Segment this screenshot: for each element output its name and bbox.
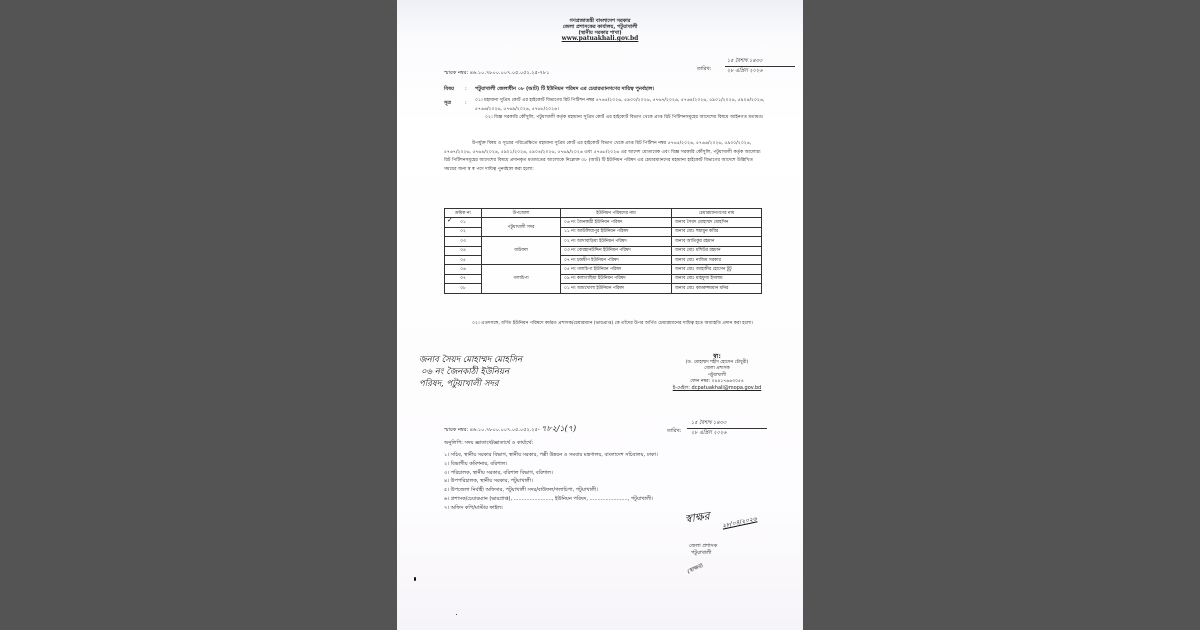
body-paragraph: উপর্যুক্ত বিষয় ও সূত্রের পরিপ্রেক্ষিতে … xyxy=(444,140,764,174)
copy-memo-ref: স্মারক নম্বর: ৪৬.১০.৭৮০০.০০৭.০৫.০৫২.২৫- … xyxy=(444,426,576,433)
handwritten-addressee-line2: ০৬ নং জৈনকাঠী ইউনিয়ন xyxy=(421,366,509,378)
distribution-item: ৪। উপপরিচালক, স্থানীয় সরকার, পটুয়াখালী… xyxy=(444,478,533,484)
scan-speck xyxy=(456,614,457,615)
copy-date: ১৫ বৈশাখ ১৪৩৩ ২৮ এপ্রিল ২০২৬ xyxy=(687,420,767,440)
union-name-cell: ০২ নং আদাবাড়িয়া ইউনিয়ন পরিষদ xyxy=(561,237,672,246)
serial-number: ০৮ xyxy=(460,286,466,291)
copy-date-label: তারিখ: xyxy=(667,428,681,434)
serial-cell: ০৩ xyxy=(445,237,482,246)
copy-date-bangla: ১৫ বৈশাখ ১৪৩৩ xyxy=(691,420,726,426)
distribution-item: ৩। পরিচালক, স্থানীয় সরকার, বরিশাল বিভাগ… xyxy=(444,470,553,476)
memo-ref-label: স্মারক নম্বর: xyxy=(444,70,468,76)
union-name-cell: ১১ নং আউলিয়াপুর ইউনিয়ন পরিষদ xyxy=(561,227,672,236)
union-name-cell: ০৬ নং জৈনকাঠী ইউনিয়ন পরিষদ xyxy=(561,218,672,227)
scanned-document-page: গণপ্রজাতন্ত্রী বাংলাদেশ সরকার জেলা প্রশা… xyxy=(397,0,803,630)
chairman-name-cell: জনাব আতিকুর রহমান xyxy=(672,237,762,246)
subject-label: বিষয় xyxy=(444,86,454,92)
chairman-name-cell: জনাব মোঃ জাহাঙ্গীর হোসেন টুটু xyxy=(672,265,762,274)
upazila-cell: বাউফল xyxy=(482,237,561,265)
table-row: ০৬গলাচিপা০৫ নং গলাচিপা ইউনিয়ন পরিষদজনাব… xyxy=(445,265,762,274)
union-name-cell: ০৫ নং গলাচিপা ইউনিয়ন পরিষদ xyxy=(561,265,672,274)
chairman-name-cell: জনাব মোঃ নাজিম সরকার xyxy=(672,255,762,264)
final-signature-scribble: স্বাক্ষর xyxy=(685,513,710,522)
union-name-cell: ০১ নং আমখোলা ইউনিয়ন পরিষদ xyxy=(561,284,672,293)
chairman-name-cell: জনাব সৈয়দ মোহাম্মদ মোহসিন xyxy=(672,218,762,227)
distribution-item: ১। সচিব, স্থানীয় সরকার বিভাগ, স্থানীয় … xyxy=(444,452,658,458)
letterhead-website: www.patuakhali.gov.bd xyxy=(397,36,803,42)
scan-speck xyxy=(414,577,416,581)
table-row: ০৩বাউফল০২ নং আদাবাড়িয়া ইউনিয়ন পরিষদজন… xyxy=(445,237,762,246)
col-chairman: চেয়ারম্যানগণের নাম xyxy=(672,209,762,218)
distribution-item: ৭। অফিস কপি/মাস্টার ফাইল। xyxy=(444,505,503,511)
subject-text: পটুয়াখালী জেলাধীন ০৮ (আট) টি ইউনিয়ন পর… xyxy=(475,86,654,92)
serial-number: ০১ xyxy=(460,220,466,225)
distribution-heading: অনুলিপি: সদয় জ্ঞাতার্থে/জ্ঞাতার্থে ও কা… xyxy=(444,440,533,446)
memo-date-bangla: ১৫ বৈশাখ ১৪৩৩ xyxy=(727,58,762,64)
upazila-cell: গলাচিপা xyxy=(482,265,561,293)
source-item-1: ০১। মহামান্য সুপ্রিম কোর্ট এর হাইকোর্ট ব… xyxy=(475,97,775,114)
memo-ref: স্মারক নম্বর: ৪৬.১০.৭৮০০.০০৭.০৫.০৫২.২৫-৭… xyxy=(444,70,549,76)
copy-ref-handwritten: ৭৮২/১(৭) xyxy=(541,424,576,433)
serial-number: ০৬ xyxy=(460,267,466,272)
chairman-name-cell: জনাব মোঃ হুমায়ুন কবির xyxy=(672,227,762,236)
serial-cell: ০৭ xyxy=(445,274,482,283)
chairman-name-cell: জনাব মোঃ মাহফুজ ইসলাম xyxy=(672,274,762,283)
serial-cell: ০২ xyxy=(445,227,482,236)
copy-ref-number: ৪৬.১০.৭৮০০.০০৭.০৫.০৫২.২৫- xyxy=(470,427,540,433)
distribution-item: ২। বিভাগীয় কমিশনার, বরিশাল। xyxy=(444,461,507,467)
upazila-cell: পটুয়াখালী সদর xyxy=(482,218,561,237)
serial-cell: ০৫ xyxy=(445,255,482,264)
final-signature-title: জেলা প্রশাসক xyxy=(689,543,717,549)
copy-ref-label: স্মারক নম্বর: xyxy=(444,427,468,433)
check-mark-icon: ✓ xyxy=(447,216,453,224)
serial-cell: ০৮ xyxy=(445,284,482,293)
memo-date-gregorian: ২৮ এপ্রিল ২০২৬ xyxy=(727,68,762,74)
phone-label: ফোন নম্বর: xyxy=(690,379,710,384)
serial-number: ০২ xyxy=(460,229,466,234)
serial-cell: ০৬ xyxy=(445,265,482,274)
chairman-name-cell: জনাব মোঃ কামরুজ্জামান মনির xyxy=(672,284,762,293)
serial-cell: ০৪ xyxy=(445,246,482,255)
final-signature-date: ২৮/০৪/২০২৬ xyxy=(722,516,758,529)
distribution-item: ৫। উপজেলা নির্বাহী অফিসার, পটুয়াখালী সদ… xyxy=(444,487,598,493)
serial-number: ০৪ xyxy=(460,248,466,253)
chairman-name-cell: জনাব মোঃ মশিউর রহমান xyxy=(672,246,762,255)
serial-number: ০৩ xyxy=(460,239,466,244)
handwritten-addressee-line1: জনাব সৈয়দ মোহাম্মদ মোহসিন xyxy=(419,354,522,366)
final-initial-scribble: (স্বাক্ষর) xyxy=(687,563,705,576)
union-name-cell: ০৯ নং কলাগাছিয়া ইউনিয়ন পরিষদ xyxy=(561,274,672,283)
union-name-cell: ০৭ নং চন্দ্রদ্বীপ ইউনিয়ন পরিষদ xyxy=(561,255,672,264)
serial-cell: ০১✓ xyxy=(445,218,482,227)
table-header-row: ক্রমিক নং উপজেলা ইউনিয়ন পরিষদের নাম চেয… xyxy=(445,209,762,218)
union-name-cell: ০৩ নং বোরহানউদ্দিন ইউনিয়ন পরিষদ xyxy=(561,246,672,255)
final-signature-district: পটুয়াখালী xyxy=(691,550,711,556)
copy-date-gregorian: ২৮ এপ্রিল ২০২৬ xyxy=(691,430,726,436)
date-divider xyxy=(725,66,795,67)
closing-paragraph: ০২। এতদসঙ্গে, বর্ণিত ইউনিয়ন পরিষদে কর্ম… xyxy=(444,320,764,329)
serial-number: ০৫ xyxy=(460,258,466,263)
table-row: ০১✓পটুয়াখালী সদর০৬ নং জৈনকাঠী ইউনিয়ন প… xyxy=(445,218,762,227)
signatory-block: স্বা: (ড. মোহাম্মদ শহীদ হোসেন চৌধুরী) জে… xyxy=(647,354,787,391)
source-item-2: ০২। বিজ্ঞ সরকারি কৌঁসুলি, পটুয়াখালী কর্… xyxy=(485,114,775,123)
union-chairman-table: ক্রমিক নং উপজেলা ইউনিয়ন পরিষদের নাম চেয… xyxy=(444,208,762,294)
distribution-item: ৬। প্রশাসক/চেয়ারম্যান (ভারপ্রাপ্ত), ...… xyxy=(444,496,653,502)
memo-ref-number: ৪৬.১০.৭৮০০.০০৭.০৫.০৫২.২৫-৭৮১ xyxy=(470,70,550,76)
col-union: ইউনিয়ন পরিষদের নাম xyxy=(561,209,672,218)
memo-date: ১৫ বৈশাখ ১৪৩৩ ২৮ এপ্রিল ২০২৬ xyxy=(725,58,800,78)
memo-date-label: তারিখ: xyxy=(697,66,711,72)
phone-number: ০৪৪১৭৬৬৩০৫৪ xyxy=(712,379,744,384)
email-label: ই-মেইল: xyxy=(673,385,690,391)
signatory-email: ই-মেইল: dcpatuakhali@mopa.gov.bd xyxy=(647,385,787,391)
email-address: dcpatuakhali@mopa.gov.bd xyxy=(692,385,762,391)
sources-label: সূত্র xyxy=(444,100,451,106)
copy-date-divider xyxy=(687,428,767,429)
serial-number: ০৭ xyxy=(460,276,466,281)
col-upazila: উপজেলা xyxy=(482,209,561,218)
handwritten-addressee-line3: পরিষদ, পটুয়াখালী সদর xyxy=(419,378,499,390)
